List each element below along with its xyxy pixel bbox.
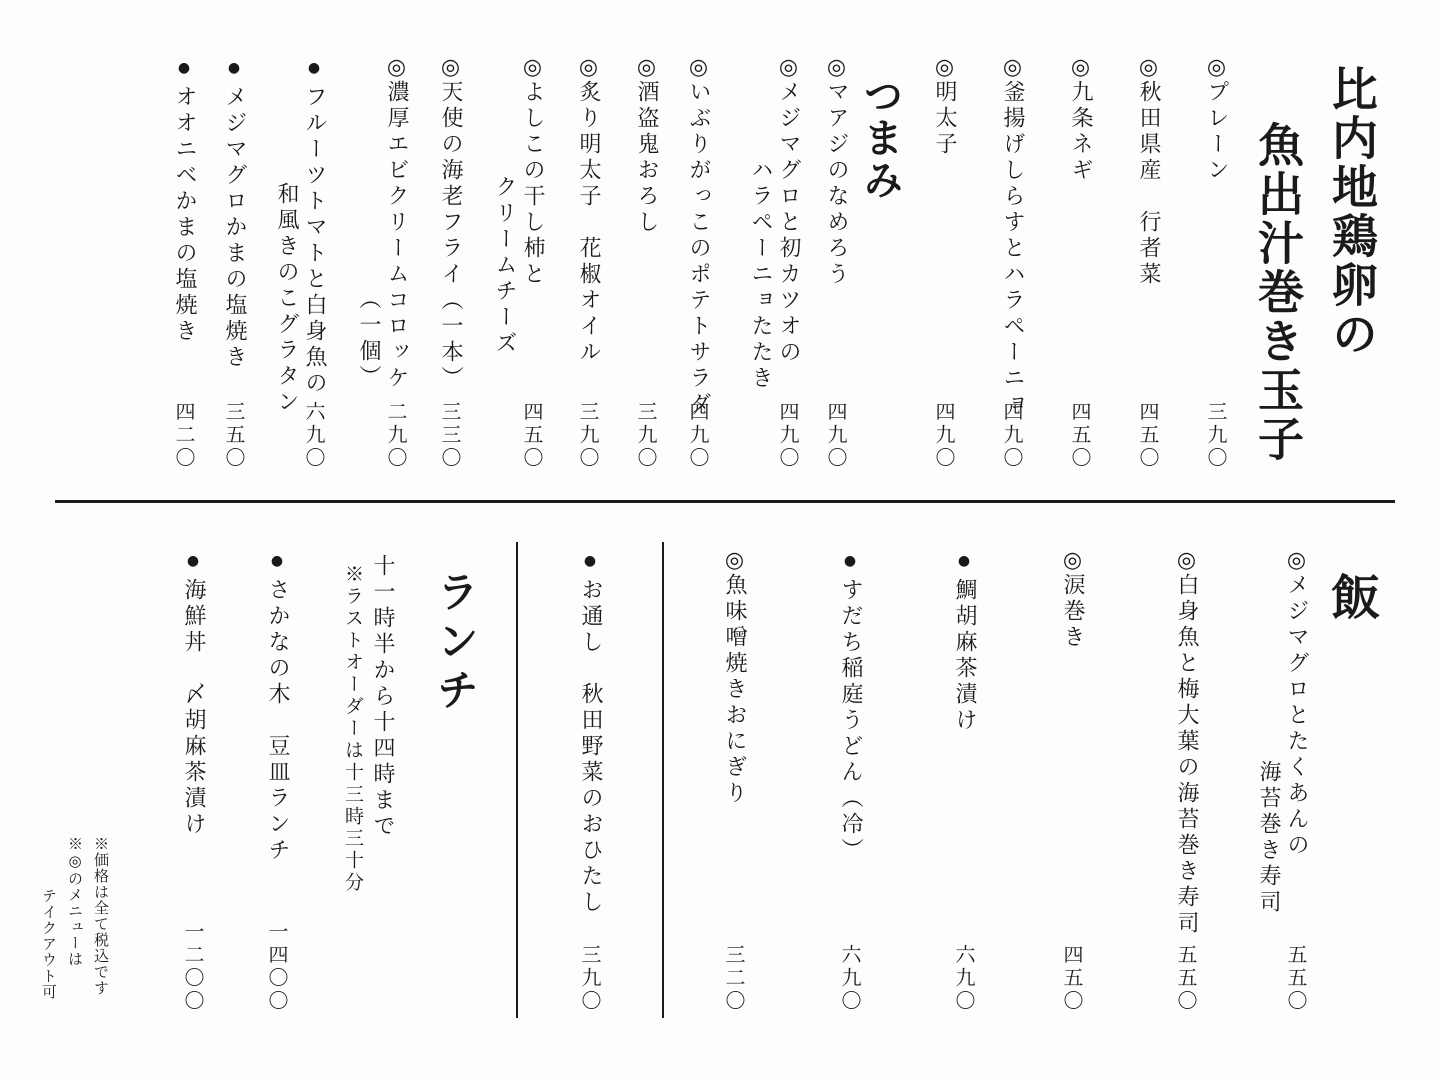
item-price: 四五〇 <box>1134 401 1162 470</box>
note-takeout-line1: ※◎のメニューは <box>62 836 88 1016</box>
takeout-marker-icon: ◎ <box>576 55 601 80</box>
menu-item-namida-maki: ◎涙巻き 四五〇 <box>1058 548 1086 1013</box>
bullet-marker-icon: ● <box>576 553 604 569</box>
item-price: 四九〇 <box>998 401 1026 470</box>
item-name-line2: 海苔巻き寿司 <box>1254 548 1282 1013</box>
menu-item-ebi-cream-croquette: ◎濃厚エビクリームコロッケ （一個） 二九〇 <box>354 55 410 470</box>
bullet-marker-icon: ● <box>263 553 291 569</box>
item-name-line2: 和風きのこグラタン <box>272 55 300 470</box>
lunch-hours-text: 十一時半から十四時まで <box>366 548 398 1013</box>
item-price: 一四〇〇 <box>263 921 291 1013</box>
footnotes: ※価格は全て税込です ※◎のメニューは テイクアウト可 <box>36 836 114 1016</box>
menu-item-kaisendon: ●海鮮丼 〆胡麻茶漬け 一二〇〇 <box>179 548 207 1013</box>
takeout-marker-icon: ◎ <box>520 55 545 80</box>
item-name-text: メジマグロとたくあんの <box>1284 573 1309 859</box>
bullet-marker-icon: ● <box>179 553 207 569</box>
item-price: 四二〇 <box>170 401 198 470</box>
menu-item-fruit-tomato-gratin: ●フルーツトマトと白身魚の 和風きのこグラタン 六九〇 <box>272 55 328 470</box>
takeout-marker-icon: ◎ <box>776 55 801 80</box>
item-name-text: 魚味噌焼きおにぎり <box>722 573 747 807</box>
item-name-text: 鯛胡麻茶漬け <box>952 578 977 734</box>
item-price: 六九〇 <box>950 944 978 1013</box>
section-bottom: 飯 ◎メジマグロとたくあんの 海苔巻き寿司 五五〇 ◎白身魚と梅大葉の海苔巻き寿… <box>179 548 1378 1013</box>
item-name-text: 白身魚と梅大葉の海苔巻き寿司 <box>1174 573 1199 937</box>
menu-item-gyojana: ◎秋田県産 行者菜 四五〇 <box>1134 55 1162 470</box>
takeout-marker-icon: ◎ <box>932 55 957 80</box>
menu-item-otoshi: ●お通し 秋田野菜のおひたし 三九〇 <box>576 548 604 1013</box>
vertical-divider-2 <box>516 542 518 1018</box>
item-name-text: お通し 秋田野菜のおひたし <box>578 578 603 916</box>
item-price: 四九〇 <box>822 401 850 470</box>
item-price: 三二〇 <box>720 944 748 1013</box>
bullet-marker-icon: ● <box>300 60 328 76</box>
item-price: 五五〇 <box>1172 944 1200 1013</box>
takeout-marker-icon: ◎ <box>1000 55 1025 80</box>
item-name-text: 九条ネギ <box>1068 80 1093 184</box>
menu-item-sudachi-inaniwa-udon: ●すだち稲庭うどん（冷） 六九〇 <box>836 548 864 1013</box>
menu-item-mejimaguro-takuan-sushi: ◎メジマグロとたくあんの 海苔巻き寿司 五五〇 <box>1254 548 1310 1013</box>
menu-title-line2: 魚出汁巻き玉子 <box>1252 55 1304 470</box>
lunch-last-order-note: ※ラストオーダーは十三時三十分 <box>339 548 366 1013</box>
item-name-text: マアジのなめろう <box>824 80 849 288</box>
item-name-text: 明太子 <box>932 80 957 158</box>
item-name-text: さかなの木 豆皿ランチ <box>265 578 290 864</box>
item-name-text: よしこの干し柿と <box>520 80 545 288</box>
item-name-text: メジマグロかまの塩焼き <box>222 85 247 371</box>
section-header-tsumami: つまみ <box>856 55 904 470</box>
item-price: 三九〇 <box>574 401 602 470</box>
menu-item-namerou: ◎マアジのなめろう 四九〇 <box>822 55 850 470</box>
item-price: 三九〇 <box>632 401 660 470</box>
menu-item-iburigakko-potato: ◎いぶりがっこのポテトサラダ 四九〇 <box>684 55 712 470</box>
takeout-marker-icon: ◎ <box>438 55 463 80</box>
item-price: 五五〇 <box>1282 944 1310 1013</box>
item-price: 六九〇 <box>300 401 328 470</box>
item-price: 三五〇 <box>220 401 248 470</box>
vertical-divider-1 <box>662 542 664 1018</box>
item-price: 六九〇 <box>836 944 864 1013</box>
menu-item-oonibe-kama: ●オオニベかまの塩焼き 四二〇 <box>170 55 198 470</box>
takeout-marker-icon: ◎ <box>1174 548 1199 573</box>
note-takeout-line2: テイクアウト可 <box>36 836 62 1016</box>
item-name-text: いぶりがっこのポテトサラダ <box>686 80 711 418</box>
menu-item-kujo-negi: ◎九条ネギ 四五〇 <box>1066 55 1094 470</box>
item-name-text: 秋田県産 行者菜 <box>1136 80 1161 288</box>
item-name-text: 酒盗鬼おろし <box>634 80 659 236</box>
item-name-text: フルーツトマトと白身魚の <box>302 85 327 397</box>
takeout-marker-icon: ◎ <box>1284 548 1309 573</box>
item-name-line2: ハラペーニョたたき <box>746 55 774 470</box>
item-name-text: メジマグロと初カツオの <box>776 80 801 366</box>
item-price: 四五〇 <box>1058 944 1086 1013</box>
section-header-meshi: 飯 <box>1324 548 1378 1013</box>
item-name-text: すだち稲庭うどん（冷） <box>838 578 863 864</box>
takeout-marker-icon: ◎ <box>1060 548 1085 573</box>
lunch-hours: 十一時半から十四時まで ※ラストオーダーは十三時三十分 <box>339 548 398 1013</box>
item-name-line2: クリームチーズ <box>490 55 518 470</box>
item-price: 三九〇 <box>1202 401 1230 470</box>
item-name-text: 海鮮丼 〆胡麻茶漬け <box>181 578 206 838</box>
item-name-text: 炙り明太子 花椒オイル <box>576 80 601 366</box>
bullet-marker-icon: ● <box>170 60 198 76</box>
item-price: 二九〇 <box>382 401 410 470</box>
takeout-marker-icon: ◎ <box>824 55 849 80</box>
item-price: 三九〇 <box>576 944 604 1013</box>
bullet-marker-icon: ● <box>220 60 248 76</box>
menu-title-line1: 比内地鶏卵の <box>1326 55 1378 470</box>
menu-item-aburi-mentaiko: ◎炙り明太子 花椒オイル 三九〇 <box>574 55 602 470</box>
item-name-text: 釜揚げしらすとハラペーニョ <box>1000 80 1025 418</box>
item-price: 四九〇 <box>930 401 958 470</box>
item-price: 三三〇 <box>436 401 464 470</box>
bullet-marker-icon: ● <box>950 553 978 569</box>
takeout-marker-icon: ◎ <box>634 55 659 80</box>
item-price: 四五〇 <box>1066 401 1094 470</box>
takeout-marker-icon: ◎ <box>1204 55 1229 80</box>
menu-item-mentaiko: ◎明太子 四九〇 <box>930 55 958 470</box>
item-name-text: 濃厚エビクリームコロッケ <box>384 80 409 392</box>
item-price: 一二〇〇 <box>179 921 207 1013</box>
item-name-line2: （一個） <box>354 55 382 470</box>
section-header-lunch: ランチ <box>430 548 480 1013</box>
note-tax-included: ※価格は全て税込です <box>88 836 114 1016</box>
menu-item-mamezara-lunch: ●さかなの木 豆皿ランチ 一四〇〇 <box>263 548 291 1013</box>
menu-item-tenshi-ebi-fry: ◎天使の海老フライ（一本） 三三〇 <box>436 55 464 470</box>
item-name-text: 天使の海老フライ（一本） <box>438 80 463 392</box>
note-takeout: ※◎のメニューは テイクアウト可 <box>36 836 88 1016</box>
item-name-text: オオニベかまの塩焼き <box>172 85 197 345</box>
menu-item-mejimaguro-kama: ●メジマグロかまの塩焼き 三五〇 <box>220 55 248 470</box>
menu-item-tai-goma-chazuke: ●鯛胡麻茶漬け 六九〇 <box>950 548 978 1013</box>
takeout-marker-icon: ◎ <box>384 55 409 80</box>
menu-item-plain: ◎プレーン 三九〇 <box>1202 55 1230 470</box>
horizontal-divider <box>55 500 1395 503</box>
item-price: 四九〇 <box>684 401 712 470</box>
menu-item-shiromizakana-ume-sushi: ◎白身魚と梅大葉の海苔巻き寿司 五五〇 <box>1172 548 1200 1013</box>
menu-item-mejimaguro-katsuo: ◎メジマグロと初カツオの ハラペーニョたたき 四九〇 <box>746 55 802 470</box>
menu-item-shirasu-jalapeno: ◎釜揚げしらすとハラペーニョ 四九〇 <box>998 55 1026 470</box>
menu-title: 比内地鶏卵の 魚出汁巻き玉子 <box>1252 55 1378 470</box>
item-price: 四五〇 <box>518 401 546 470</box>
bullet-marker-icon: ● <box>836 553 864 569</box>
menu-item-uomiso-onigiri: ◎魚味噌焼きおにぎり 三二〇 <box>720 548 748 1013</box>
item-price: 四九〇 <box>774 401 802 470</box>
takeout-marker-icon: ◎ <box>686 55 711 80</box>
item-name-text: 涙巻き <box>1060 573 1085 651</box>
takeout-marker-icon: ◎ <box>1136 55 1161 80</box>
takeout-marker-icon: ◎ <box>722 548 747 573</box>
section-top: 比内地鶏卵の 魚出汁巻き玉子 ◎プレーン 三九〇 ◎秋田県産 行者菜 四五〇 ◎… <box>170 55 1378 470</box>
menu-sheet: 比内地鶏卵の 魚出汁巻き玉子 ◎プレーン 三九〇 ◎秋田県産 行者菜 四五〇 ◎… <box>0 0 1440 1081</box>
item-name-text: プレーン <box>1204 80 1229 184</box>
menu-item-shuto-oni-oroshi: ◎酒盗鬼おろし 三九〇 <box>632 55 660 470</box>
menu-item-hoshigaki-cheese: ◎よしこの干し柿と クリームチーズ 四五〇 <box>490 55 546 470</box>
takeout-marker-icon: ◎ <box>1068 55 1093 80</box>
